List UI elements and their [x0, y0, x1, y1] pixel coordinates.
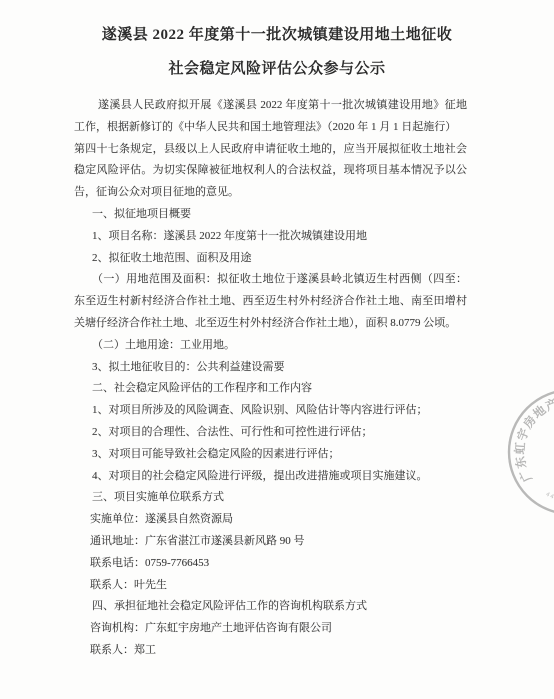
- doc-line: 1、项目名称：遂溪县 2022 年度第十一批次城镇建设用地: [74, 226, 467, 248]
- doc-line: （一）用地范围及面积：拟征收土地位于遂溪县岭北镇迈生村西侧（四至：: [74, 269, 467, 291]
- doc-line: 2、拟征收土地范围、面积及用途: [74, 248, 467, 270]
- doc-line: 通讯地址：广东省湛江市遂溪县新风路 90 号: [74, 531, 467, 553]
- doc-line: 1、对项目所涉及的风险调查、风险识别、风险估计等内容进行评估；: [74, 400, 467, 422]
- doc-line: 第四十七条规定，县级以上人民政府申请征收土地的，应当开展拟征收土地社会: [74, 139, 467, 161]
- doc-line: 3、对项目可能导致社会稳定风险的因素进行评估；: [74, 444, 467, 466]
- doc-line: 一、拟征地项目概要: [74, 204, 467, 226]
- doc-line: 二、社会稳定风险评估的工作程序和工作内容: [74, 378, 467, 400]
- doc-line: 4、对项目的社会稳定风险进行评级，提出改进措施或项目实施建议。: [74, 466, 467, 488]
- doc-line: 关塘仔经济合作社土地、北至迈生村外村经济合作社土地），面积 8.0779 公顷。: [74, 313, 467, 335]
- document-title-line2: 社会稳定风险评估公众参与公示: [0, 45, 554, 79]
- doc-line: 联系电话：0759-7766453: [74, 553, 467, 575]
- doc-line: 2、对项目的合理性、合法性、可行性和可控性进行评估；: [74, 422, 467, 444]
- doc-line: 三、项目实施单位联系方式: [74, 487, 467, 509]
- doc-line: 3、拟土地征收目的：公共利益建设需要: [74, 357, 467, 379]
- document-title-line1: 遂溪县 2022 年度第十一批次城镇建设用地土地征收: [0, 0, 554, 45]
- doc-line: 工作，根据新修订的《中华人民共和国土地管理法》（2020 年 1 月 1 日起施…: [74, 117, 467, 139]
- doc-line: 咨询机构：广东虹宇房地产土地评估咨询有限公司: [74, 618, 467, 640]
- doc-line: 联系人：郑工: [74, 640, 467, 662]
- doc-line: 东至迈生村新村经济合作社土地、西至迈生村外村经济合作社土地、南至田增村: [74, 291, 467, 313]
- doc-line: 告，征询公众对项目征地的意见。: [74, 182, 467, 204]
- document-body: 遂溪县人民政府拟开展《遂溪县 2022 年度第十一批次城镇建设用地》征地工作，根…: [0, 95, 554, 662]
- doc-line: 实施单位：遂溪县自然资源局: [74, 509, 467, 531]
- doc-line: （二）土地用途：工业用地。: [74, 335, 467, 357]
- doc-line: 稳定风险评估。为切实保障被征地权利人的合法权益，现将项目基本情况予以公: [74, 160, 467, 182]
- doc-line: 联系人：叶先生: [74, 575, 467, 597]
- scanned-notice-page: 遂溪县 2022 年度第十一批次城镇建设用地土地征收 社会稳定风险评估公众参与公…: [0, 0, 554, 699]
- doc-line: 四、承担征地社会稳定风险评估工作的咨询机构联系方式: [74, 596, 467, 618]
- doc-line: 遂溪县人民政府拟开展《遂溪县 2022 年度第十一批次城镇建设用地》征地: [74, 95, 467, 117]
